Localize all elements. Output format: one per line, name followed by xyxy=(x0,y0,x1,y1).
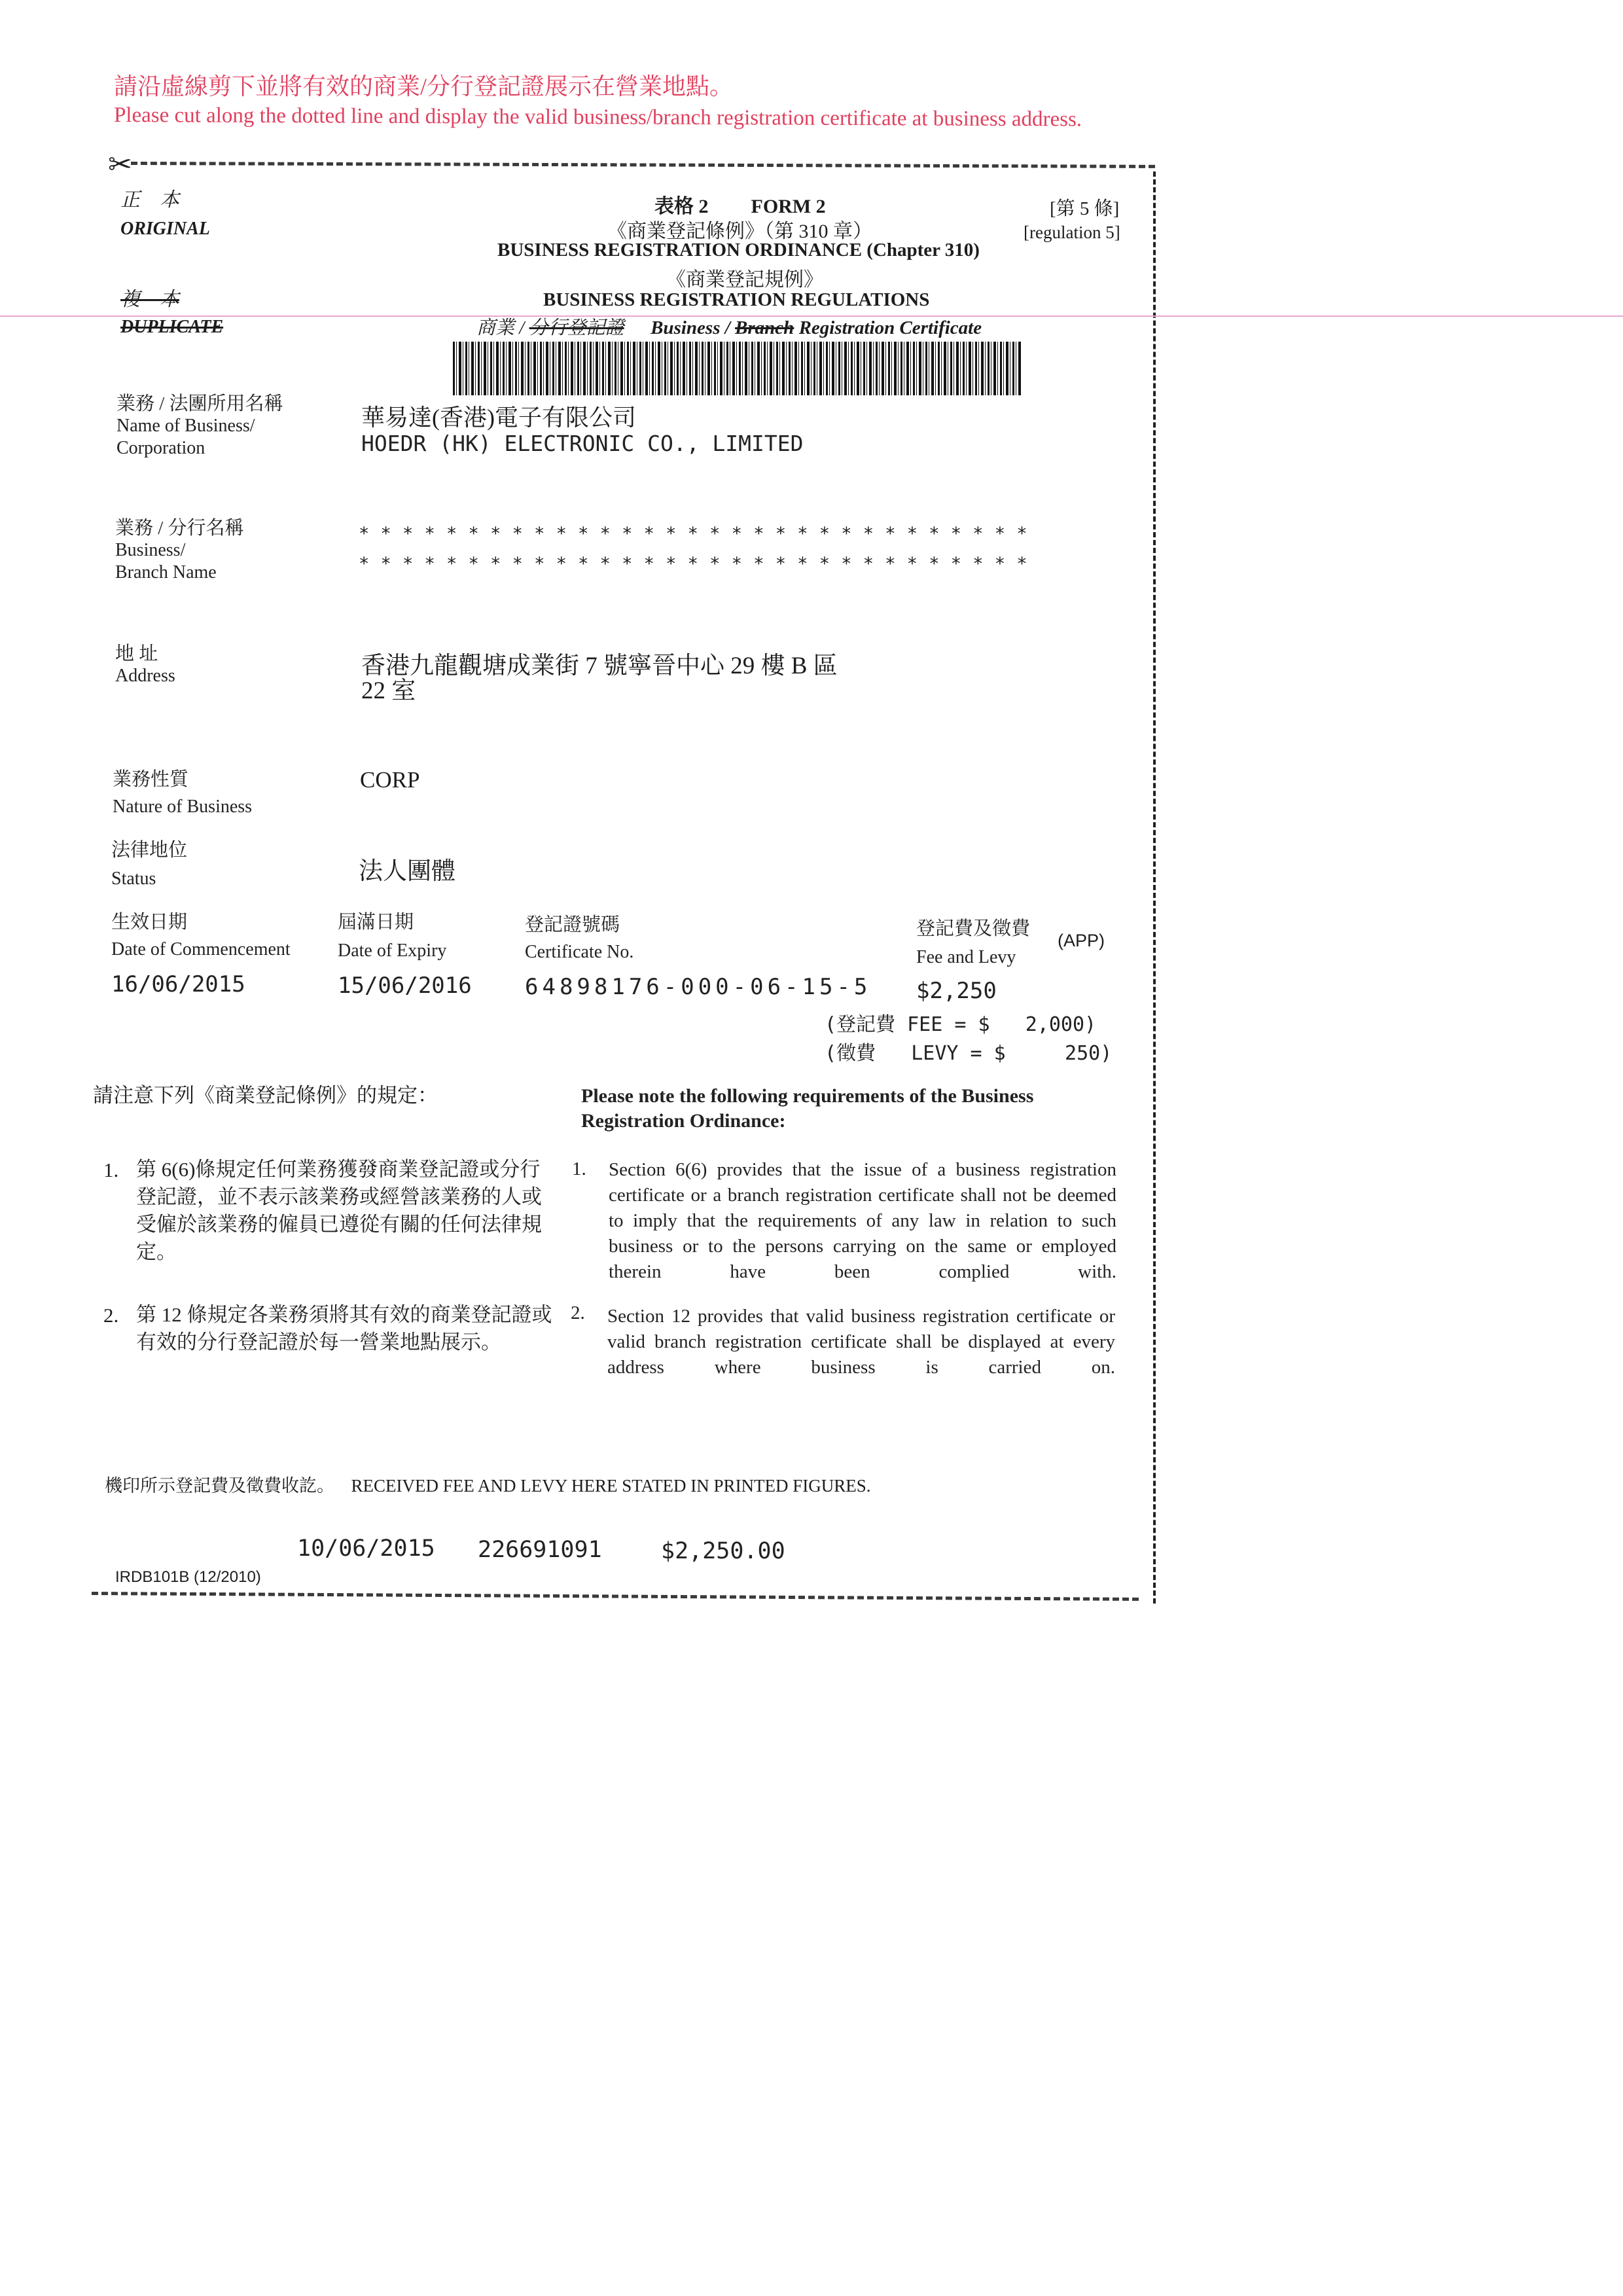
address-label-zh: 地 址 xyxy=(115,643,158,665)
fee-breakdown: (登記費 FEE = $ 2,000) xyxy=(825,1008,1096,1037)
commencement-label-zh: 生效日期 xyxy=(111,911,187,933)
branch-label-en-1: Business/ xyxy=(115,539,185,562)
scissors-icon: ✂ xyxy=(108,148,132,181)
certificate-label-en: Certificate No. xyxy=(525,941,633,963)
business-name-en: HOEDR (HK) ELECTRONIC CO., LIMITED xyxy=(361,431,804,456)
cert-title-zh-sep: / xyxy=(519,317,524,338)
levy-breakdown: (徵費 LEVY = $ 250) xyxy=(825,1037,1112,1066)
receipt-statement-en: RECEIVED FEE AND LEVY HERE STATED IN PRI… xyxy=(351,1476,871,1496)
expiry-date: 15/06/2016 xyxy=(338,973,472,999)
cert-title-en-business: Business / xyxy=(651,317,730,338)
fee-code: (APP) xyxy=(1058,931,1105,951)
branch-label-zh: 業務 / 分行名稱 xyxy=(115,517,244,539)
expiry-label-zh: 屆滿日期 xyxy=(338,911,414,933)
note-1-en: Section 6(6) provides that the issue of … xyxy=(609,1157,1116,1285)
address-label-en: Address xyxy=(115,665,175,687)
notes-heading-zh: 請注意下列《商業登記條例》的規定： xyxy=(93,1079,438,1108)
name-label-en-2: Corporation xyxy=(116,437,205,459)
fee-label-en: Fee and Levy xyxy=(916,946,1016,969)
commencement-date: 16/06/2015 xyxy=(111,971,245,997)
commencement-label-en: Date of Commencement xyxy=(111,939,291,961)
status-value: 法人團體 xyxy=(359,851,455,886)
receipt-number: 226691091 xyxy=(478,1537,602,1563)
regulations-title-zh: 《商業登記規例》 xyxy=(666,263,823,292)
original-label-en: ORIGINAL xyxy=(120,219,210,240)
note-1-num-en: 1. xyxy=(572,1158,586,1180)
barcode xyxy=(453,342,1022,395)
branch-name-line-2: * * * * * * * * * * * * * * * * * * * * … xyxy=(359,554,1027,574)
nature-value: CORP xyxy=(360,767,419,793)
status-label-zh: 法律地位 xyxy=(111,839,187,861)
address-line-1: 香港九龍觀塘成業街 7 號寧晉中心 29 樓 B 區 xyxy=(361,645,838,681)
note-2-zh: 第 12 條規定各業務須將其有效的商業登記證或有效的分行登記證於每一營業地點展示… xyxy=(136,1301,555,1356)
receipt-date: 10/06/2015 xyxy=(297,1535,435,1562)
branch-name-line-1: * * * * * * * * * * * * * * * * * * * * … xyxy=(359,524,1027,544)
regulations-title-en: BUSINESS REGISTRATION REGULATIONS xyxy=(543,289,929,311)
note-1-num-zh: 1. xyxy=(103,1158,118,1182)
receipt-statement-zh: 機印所示登記費及徵費收訖。 xyxy=(105,1476,334,1496)
fee-total: $2,250 xyxy=(916,978,997,1004)
receipt-statement: 機印所示登記費及徵費收訖。 RECEIVED FEE AND LEVY HERE… xyxy=(105,1471,871,1497)
note-2-en: Section 12 provides that valid business … xyxy=(607,1304,1115,1380)
certificate-number: 64898176-000-06-15-5 xyxy=(525,974,871,1000)
regulation-ref-en: [regulation 5] xyxy=(1024,223,1120,243)
note-1-zh: 第 6(6)條規定任何業務獲發商業登記證或分行登記證，並不表示該業務或經營該業務… xyxy=(136,1156,555,1266)
duplicate-label-zh: 複 本 xyxy=(120,283,179,312)
ordinance-title-en: BUSINESS REGISTRATION ORDINANCE (Chapter… xyxy=(497,240,980,261)
receipt-amount: $2,250.00 xyxy=(661,1538,785,1564)
certificate-title: 商業 / 分行登記證 Business / Branch Registratio… xyxy=(476,313,982,340)
nature-label-zh: 業務性質 xyxy=(113,768,188,791)
status-label-en: Status xyxy=(111,868,156,890)
cut-instruction-zh: 請沿虛線剪下並將有效的商業/分行登記證展示在營業地點。 xyxy=(114,68,733,101)
cert-title-zh-business: 商業 xyxy=(476,317,514,338)
cut-line-top xyxy=(131,162,1155,168)
note-2-num-zh: 2. xyxy=(103,1304,118,1327)
name-label-zh: 業務 / 法團所用名稱 xyxy=(116,393,283,415)
regulation-ref-zh: [第 5 條] xyxy=(1050,194,1119,221)
notes-heading-en: Please note the following requirements o… xyxy=(581,1084,1118,1134)
certificate-label-zh: 登記證號碼 xyxy=(525,914,620,936)
cut-instruction-en: Please cut along the dotted line and dis… xyxy=(114,103,1082,132)
nature-label-en: Nature of Business xyxy=(113,796,252,818)
cert-title-zh-branch: 分行登記證 xyxy=(529,317,624,338)
form-code: IRDB101B (12/2010) xyxy=(115,1568,261,1587)
name-label-en-1: Name of Business/ xyxy=(116,415,255,437)
fee-label-zh: 登記費及徵費 xyxy=(916,918,1030,940)
cert-title-en-branch: Branch xyxy=(735,317,794,338)
address-line-2: 22 室 xyxy=(361,670,416,706)
branch-label-en-2: Branch Name xyxy=(115,562,217,584)
duplicate-label-en: DUPLICATE xyxy=(120,317,223,338)
cut-line-bottom xyxy=(92,1592,1139,1601)
business-name-zh: 華易達(香港)電子有限公司 xyxy=(361,399,636,433)
cert-title-en-registration: Registration Certificate xyxy=(799,317,982,338)
expiry-label-en: Date of Expiry xyxy=(338,940,446,962)
original-label-zh: 正 本 xyxy=(120,183,179,212)
note-2-num-en: 2. xyxy=(571,1302,585,1324)
cut-line-right xyxy=(1153,171,1156,1604)
